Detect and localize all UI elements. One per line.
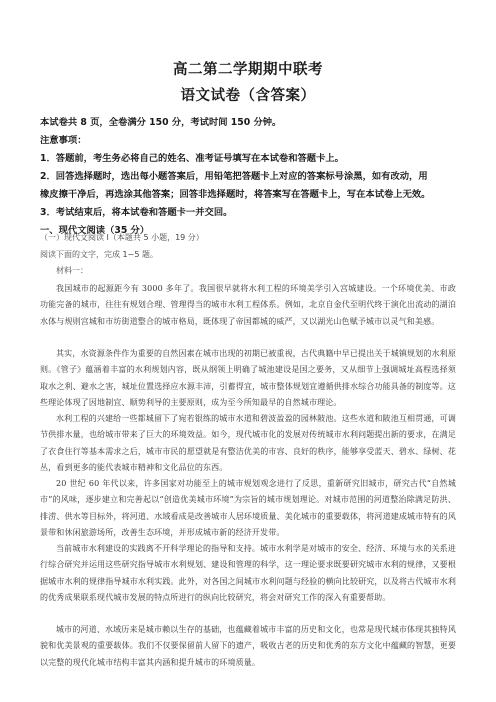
notice-item-2: 2．回答选择题时，选出每小题答案后，用铅笔把答题卡上对应的答案标号涂黑，如有改动… bbox=[40, 168, 456, 187]
exam-intro: 本试卷共 8 页，全卷满分 150 分，考试时间 150 分钟。 bbox=[40, 114, 456, 133]
notice-item-1: 1．答题前，考生务必将自己的姓名、准考证号填写在本试卷和答题卡上。 bbox=[40, 150, 456, 169]
sub-section-heading: （一）现代文阅读 I（本题共 5 小题，19 分） bbox=[40, 231, 204, 245]
paragraph-2: 其实，水资源条件作为重要的自然因素在城市出现的初期已被重视，古代典籍中早已提出关… bbox=[40, 346, 456, 411]
notice-item-3: 3．考试结束后，将本试卷和答题卡一并交回。 bbox=[40, 204, 456, 223]
paragraph-5: 当前城市水利建设的实践离不开科学理论的指导和支持。城市水利学是对城市的安全、经济… bbox=[40, 541, 456, 606]
material-label: 材料一： bbox=[56, 264, 88, 278]
exam-subtitle: 语文试卷（含答案） bbox=[40, 84, 456, 105]
paragraph-1: 我国城市的起源距今有 3000 多年了。我国很早就将水利工程的环境美学引入宫城建… bbox=[40, 281, 456, 330]
paragraph-6: 城市的河道、水域历来是城市赖以生存的基础，也蕴藏着城市丰富的历史和文化，也常是现… bbox=[40, 622, 456, 671]
notice-heading: 注意事项： bbox=[40, 132, 456, 151]
notice-item-2-cont: 橡皮擦干净后，再选涂其他答案；回答非选择题时，将答案写在答题卡上，写在本试卷上无… bbox=[40, 186, 456, 205]
reading-direction: 阅读下面的文字，完成 1~5 题。 bbox=[40, 248, 158, 262]
exam-title: 高二第二学期期中联考 bbox=[40, 58, 456, 79]
paragraph-3: 水利工程的兴建给一些都城留下了宛若银练的城市水道和碧波盈盈的园林陂池。这些水道和… bbox=[40, 411, 456, 476]
paragraph-4: 20 世纪 60 年代以来，许多国家对功能至上的城市规划观念进行了反思，重新研究… bbox=[40, 476, 456, 541]
